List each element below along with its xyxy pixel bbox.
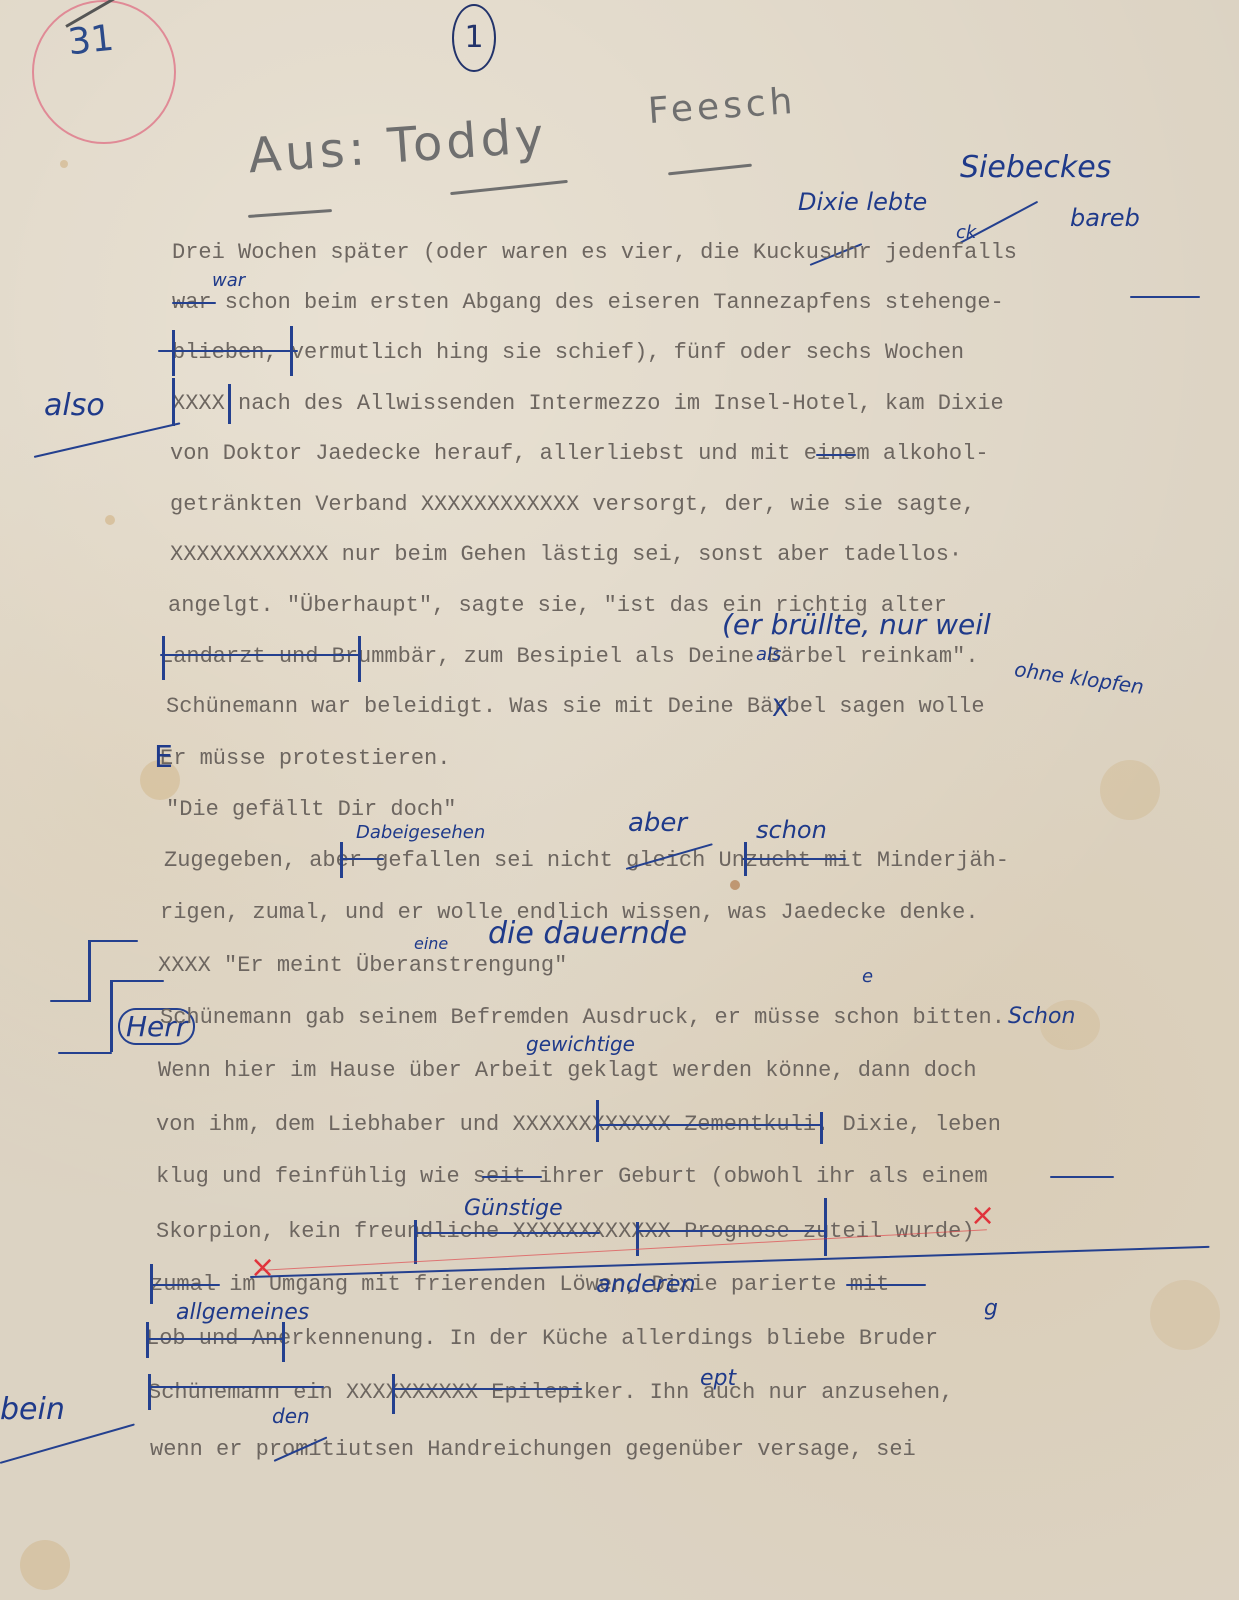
strike-gleich xyxy=(742,858,846,860)
typescript-line: Schünemann gab seinem Befremden Ausdruck… xyxy=(160,1005,1005,1030)
strike-bracket xyxy=(636,1222,639,1256)
strike-xxxx-prognose xyxy=(636,1230,826,1232)
paper-stain xyxy=(730,880,740,890)
strike-xxxx-zement xyxy=(598,1124,822,1126)
insertion-x-mark: X xyxy=(772,694,788,722)
margin-bracket-line xyxy=(58,1052,112,1054)
typescript-line: Wenn hier im Hause über Arbeit geklagt w… xyxy=(158,1058,977,1083)
red-x-mark: × xyxy=(250,1250,275,1285)
strike-bracket xyxy=(392,1374,395,1414)
insertion-eine: eine xyxy=(414,934,448,953)
margin-bracket-line xyxy=(90,940,138,942)
insertion-allgemeines: allgemeines xyxy=(176,1300,309,1325)
insertion-schon-2: Schon xyxy=(1008,1004,1075,1029)
typescript-line: XXXX "Er meint Überanstrengung" xyxy=(158,953,567,978)
insertion-e: e xyxy=(862,966,873,987)
paper-stain xyxy=(1100,760,1160,820)
margin-bracket xyxy=(110,980,113,1052)
strike-blieben xyxy=(158,350,298,352)
insertion-den: den xyxy=(272,1404,310,1428)
strike-bracket xyxy=(150,1264,153,1304)
strike-bracket xyxy=(358,636,361,682)
strike-bracket xyxy=(162,636,165,680)
typescript-line: XXXX nach des Allwissenden Intermezzo im… xyxy=(172,391,1004,416)
strike-bracket xyxy=(340,842,343,878)
strike-stehenge xyxy=(1130,296,1200,298)
strike-xxxx-epileptiker xyxy=(392,1388,582,1390)
insertion-als-deleted: als xyxy=(756,644,781,665)
red-x-mark: × xyxy=(970,1198,995,1233)
insertion-g: g xyxy=(984,1296,998,1321)
typescript-line: wenn er promitiutsen Handreichungen gege… xyxy=(150,1437,916,1462)
strike-aber xyxy=(340,858,384,860)
strike-zumal xyxy=(150,1284,220,1286)
strike-wie xyxy=(482,1176,542,1178)
insertion-gewichtige: gewichtige xyxy=(526,1032,635,1056)
strike-bracket xyxy=(172,330,175,376)
insertion-ohne-klopfen: ohne klopfen xyxy=(1013,657,1145,699)
strike-dixie xyxy=(846,1284,926,1286)
typescript-line: Er müsse protestieren. xyxy=(160,746,450,771)
insertion-schon: schon xyxy=(756,816,827,844)
margin-bracket-line xyxy=(50,1000,90,1002)
strike-bracket xyxy=(290,326,293,376)
typescript-line: getränkten Verband XXXXXXXXXXXX versorgt… xyxy=(170,492,975,517)
typescript-line: von ihm, dem Liebhaber und XXXXXXXXXXXX … xyxy=(156,1112,1001,1137)
strike-bracket xyxy=(596,1100,599,1142)
margin-bracket-line xyxy=(112,980,164,982)
strike-bracket xyxy=(414,1220,417,1264)
insertion-ept: ept xyxy=(700,1366,736,1391)
paper-stain xyxy=(1150,1280,1220,1350)
insertion-aber: aber xyxy=(628,808,687,838)
strike-schuenemann xyxy=(148,1386,324,1388)
typescript-line: Schünemann ein XXXXXXXXXX Epilepiker. Ih… xyxy=(148,1380,953,1405)
insertion-die-dauernde: die dauernde xyxy=(488,916,687,951)
insertion-anderen: anderen xyxy=(596,1270,696,1298)
strike-als xyxy=(1050,1176,1114,1178)
margin-note-bein: bein xyxy=(0,1392,65,1427)
strike-bracket xyxy=(820,1112,823,1144)
margin-arrow-line xyxy=(0,1423,135,1464)
margin-bracket xyxy=(88,940,91,1002)
strike-bracket xyxy=(282,1322,285,1362)
insertion-er-bruellte: (er brüllte, nur weil xyxy=(722,608,991,641)
insertion-guenstige: Günstige xyxy=(464,1196,563,1221)
typescript-line: Zugegeben, aber gefallen sei nicht gleic… xyxy=(164,848,1009,873)
strike-lob-und xyxy=(146,1338,284,1340)
strike-bracket xyxy=(744,842,747,876)
strike-und xyxy=(816,454,856,456)
typescript-line: von Doktor Jaedecke herauf, allerliebst … xyxy=(170,441,989,466)
typescript-line: war schon beim ersten Abgang des eiseren… xyxy=(172,290,1004,315)
strike-bracket xyxy=(172,378,175,426)
strike-bracket xyxy=(148,1374,151,1410)
typescript-line: Schünemann war beleidigt. Was sie mit De… xyxy=(166,694,985,719)
typescript-line: Drei Wochen später (oder waren es vier, … xyxy=(172,240,1017,265)
strike-war xyxy=(172,302,216,304)
typescript-line: klug und feinfühlig wie seit ihrer Gebur… xyxy=(156,1164,988,1189)
insertion-dabei-gesehen: Dabeigesehen xyxy=(356,822,485,843)
strike-freundliche xyxy=(414,1232,600,1234)
insertion-E: E xyxy=(154,740,173,775)
paper-stain xyxy=(20,1540,70,1590)
typescript-line: Landarzt und Brummbär, zum Besipiel als … xyxy=(160,644,979,669)
typescript-line: XXXXXXXXXXXX nur beim Gehen lästig sei, … xyxy=(170,542,962,567)
strike-bracket xyxy=(228,384,231,424)
typescript-line: "Die gefällt Dir doch" xyxy=(166,797,456,822)
strike-landarzt xyxy=(160,654,360,656)
insertion-war: war xyxy=(212,270,245,291)
strike-bracket xyxy=(824,1198,827,1256)
strike-bracket xyxy=(146,1322,149,1358)
typescript-body: Drei Wochen später (oder waren es vier, … xyxy=(0,0,1239,625)
